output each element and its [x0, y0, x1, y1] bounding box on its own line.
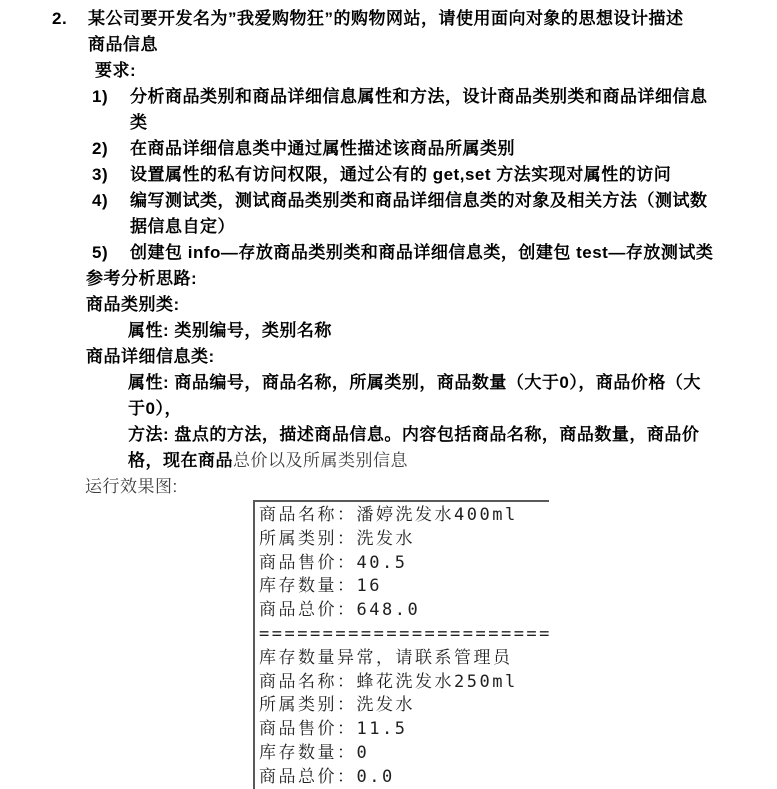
requirement-item-4: 4) 编写测试类，测试商品类别类和商品详细信息类的对象及相关方法（测试数 据信息… [92, 188, 713, 240]
item-number: 2. [52, 6, 88, 58]
analysis-heading: 参考分析思路: [86, 266, 713, 292]
requirement-line: 类 [130, 110, 708, 136]
document: 2. 某公司要开发名为”我爱购物狂”的购物网站，请使用面向对象的思想设计描述 商… [52, 6, 713, 789]
requirement-text: 创建包 info—存放商品类别类和商品详细信息类，创建包 test—存放测试类 [130, 240, 713, 266]
requirement-item-1: 1) 分析商品类别和商品详细信息属性和方法，设计商品类别类和商品详细信息 类 [92, 84, 713, 136]
requirement-marker: 5) [92, 240, 130, 266]
console-line: 库存数量：0 [259, 742, 549, 766]
requirement-line: 设置属性的私有访问权限，通过公有的 get,set 方法实现对属性的访问 [130, 162, 671, 188]
console-line: 商品总价：0.0 [259, 766, 549, 789]
console-line: 商品售价：11.5 [259, 718, 549, 742]
console-line: 商品售价：40.5 [259, 552, 549, 576]
console-line: 所属类别：洗发水 [259, 694, 549, 718]
requirement-item-3: 3) 设置属性的私有访问权限，通过公有的 get,set 方法实现对属性的访问 [92, 162, 713, 188]
requirement-text: 分析商品类别和商品详细信息属性和方法，设计商品类别类和商品详细信息 类 [130, 84, 708, 136]
console-separator: ======================== [259, 623, 549, 647]
requirement-line: 编写测试类，测试商品类别类和商品详细信息类的对象及相关方法（测试数 [130, 188, 708, 214]
requirement-line: 据信息自定） [130, 214, 708, 240]
method-text-regular: 总价以及所属类别信息 [233, 451, 408, 470]
requirement-item-5: 5) 创建包 info—存放商品类别类和商品详细信息类，创建包 test—存放测… [92, 240, 713, 266]
title-block: 某公司要开发名为”我爱购物狂”的购物网站，请使用面向对象的思想设计描述 商品信息 [88, 6, 684, 58]
requirement-marker: 4) [92, 188, 130, 240]
requirement-text: 设置属性的私有访问权限，通过公有的 get,set 方法实现对属性的访问 [130, 162, 671, 188]
requirement-marker: 2) [92, 136, 130, 162]
requirement-item-2: 2) 在商品详细信息类中通过属性描述该商品所属类别 [92, 136, 713, 162]
detail-class-heading: 商品详细信息类: [86, 344, 713, 370]
console-line: 商品名称：潘婷洗发水400ml [259, 504, 549, 528]
detail-class-method-line: 格，现在商品总价以及所属类别信息 [128, 448, 713, 474]
requirement-line: 分析商品类别和商品详细信息属性和方法，设计商品类别类和商品详细信息 [130, 84, 708, 110]
requirement-line: 在商品详细信息类中通过属性描述该商品所属类别 [130, 136, 515, 162]
detail-class-method-line: 方法: 盘点的方法，描述商品信息。内容包括商品名称，商品数量，商品价 [128, 422, 713, 448]
result-heading: 运行效果图: [85, 474, 713, 500]
requirement-text: 编写测试类，测试商品类别类和商品详细信息类的对象及相关方法（测试数 据信息自定） [130, 188, 708, 240]
console-line: 库存数量异常，请联系管理员 [259, 647, 549, 671]
page: 2. 某公司要开发名为”我爱购物狂”的购物网站，请使用面向对象的思想设计描述 商… [0, 0, 777, 789]
console-line: 商品总价：648.0 [259, 599, 549, 623]
method-text-bold: 格，现在商品 [128, 451, 233, 470]
requirement-text: 在商品详细信息类中通过属性描述该商品所属类别 [130, 136, 515, 162]
requirement-marker: 3) [92, 162, 130, 188]
requirements-heading: 要求: [95, 58, 713, 84]
console-line: 库存数量：16 [259, 575, 549, 599]
detail-class-attributes-line: 于0）， [128, 396, 713, 422]
console-line: 商品名称：蜂花洗发水250ml [259, 671, 549, 695]
requirement-marker: 1) [92, 84, 130, 136]
requirement-line: 创建包 info—存放商品类别类和商品详细信息类，创建包 test—存放测试类 [130, 240, 713, 266]
category-class-attributes: 属性: 类别编号，类别名称 [128, 318, 713, 344]
category-class-heading: 商品类别类: [86, 292, 713, 318]
console-output: 商品名称：潘婷洗发水400ml 所属类别：洗发水 商品售价：40.5 库存数量：… [253, 500, 549, 789]
title-line: 商品信息 [88, 32, 684, 58]
console-line: 所属类别：洗发水 [259, 528, 549, 552]
exercise-item: 2. 某公司要开发名为”我爱购物狂”的购物网站，请使用面向对象的思想设计描述 商… [52, 6, 713, 58]
title-line: 某公司要开发名为”我爱购物狂”的购物网站，请使用面向对象的思想设计描述 [88, 6, 684, 32]
detail-class-attributes-line: 属性: 商品编号，商品名称，所属类别，商品数量（大于0），商品价格（大 [128, 370, 713, 396]
